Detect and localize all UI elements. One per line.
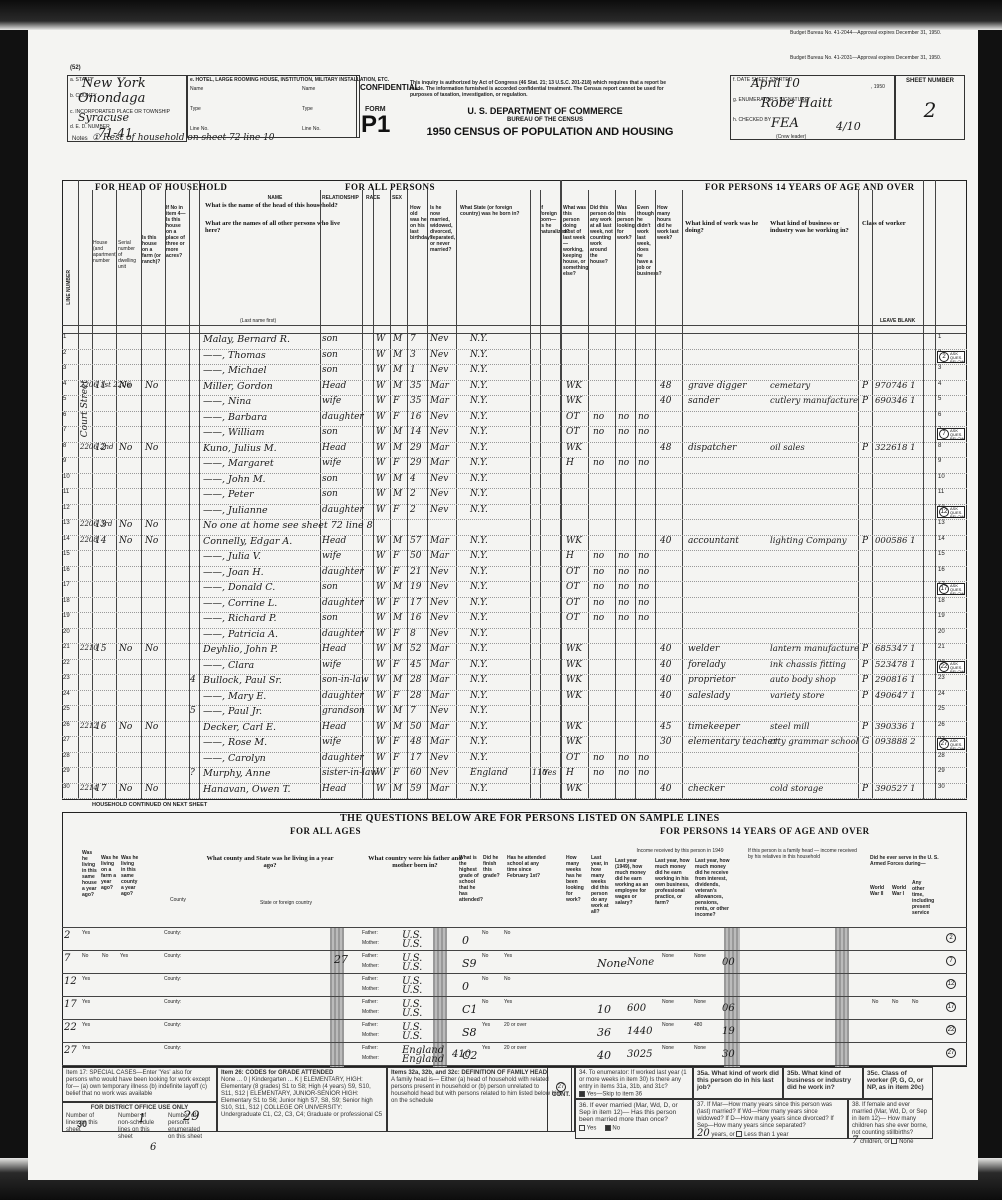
cell-age: 21 xyxy=(410,567,421,577)
cell-birth: N.Y. xyxy=(470,365,488,375)
cell-birth: N.Y. xyxy=(470,613,488,623)
cell-birth: N.Y. xyxy=(470,784,488,794)
cell-race: W xyxy=(376,768,385,778)
none-checkbox[interactable] xyxy=(891,1138,897,1144)
cell-farm: No xyxy=(119,381,132,391)
cell-race: W xyxy=(376,613,385,623)
cell-name: Hanavan, Owen T. xyxy=(203,784,291,795)
head-of-household-header: FOR HEAD OF HOUSEHOLD xyxy=(95,182,227,192)
cell-sex: M xyxy=(393,613,402,623)
cell-job: no xyxy=(638,753,649,763)
cell-line: 28 xyxy=(63,753,70,759)
enumerator-signature: Robe Haitt xyxy=(761,96,832,111)
cell-rel: daughter xyxy=(322,691,364,701)
sample-cell-school: 20 or over xyxy=(504,1045,527,1051)
line-number-right: 8 xyxy=(938,443,941,449)
cell-name: Bullock, Paul Sr. xyxy=(203,675,282,686)
cell-marital: Nev xyxy=(430,489,448,499)
cell-rel: daughter xyxy=(322,567,364,577)
cell-rel: Head xyxy=(322,381,346,391)
cell-code: 490647 1 xyxy=(875,691,916,701)
cell-marital: Nev xyxy=(430,567,448,577)
sample-cell-school: 20 or over xyxy=(504,1022,527,1028)
cell-sex: M xyxy=(393,443,402,453)
line-number-right: 3 xyxy=(938,365,941,371)
sample-cell-q23: Yes xyxy=(120,953,128,959)
sample-cell-other: None xyxy=(694,1045,706,1051)
cell-line: 20 xyxy=(63,629,70,635)
cell-work: no xyxy=(593,412,604,422)
cell-marital: Mar xyxy=(430,536,449,546)
cell-class: P xyxy=(862,644,868,654)
cell-age: 28 xyxy=(410,691,421,701)
table-row: 3——, MichaelsonWM1NevN.Y.3 xyxy=(62,365,967,381)
q36-no-checkbox[interactable] xyxy=(605,1125,611,1131)
sample-line-marker: 12 xyxy=(946,979,956,989)
cell-name: ——, Peter xyxy=(203,489,254,500)
cell-age: 50 xyxy=(410,722,421,732)
sample-cell-wage: 3025 xyxy=(627,1049,652,1060)
cell-line: 21 xyxy=(63,644,70,650)
cell-looking: no xyxy=(618,458,629,468)
sample-cell-finished: Yes xyxy=(482,1045,490,1051)
cell-sex: M xyxy=(393,489,402,499)
cell-line: 16 xyxy=(63,567,70,573)
table-row: 11——, PetersonWM2NevN.Y.11 xyxy=(62,489,967,505)
cell-job: no xyxy=(638,768,649,778)
census-title: 1950 CENSUS OF POPULATION AND HOUSING xyxy=(405,126,695,138)
sample-row: 2YesU.S.U.S.0NoNoFather:Mother:County:2 xyxy=(62,928,967,951)
cell-occ: saleslady xyxy=(688,691,730,701)
cell-looking: no xyxy=(618,427,629,437)
cell-occ: forelady xyxy=(688,660,725,670)
sample-row: 22YesU.S.U.S.S8Yes20 or over361440None48… xyxy=(62,1020,967,1043)
table-row: 6——, BarbaradaughterWF16NevN.Y.OTnonono6 xyxy=(62,412,967,428)
cell-ind: variety store xyxy=(770,691,825,701)
cell-age: 2 xyxy=(410,489,416,499)
table-row: 9——, MargaretwifeWF29MarN.Y.Hnonono9 xyxy=(62,458,967,474)
cell-name: ——, William xyxy=(203,427,264,438)
sample-cell-wage: 600 xyxy=(627,1003,646,1014)
cell-serial: 14 xyxy=(95,536,106,546)
cell-class: P xyxy=(862,691,868,701)
cell-activity: WK xyxy=(566,784,582,794)
continued-label: HOUSEHOLD CONTINUED ON NEXT SHEET xyxy=(92,802,207,808)
cell-age: 52 xyxy=(410,644,421,654)
special-cases-note: Item 17: SPECIAL CASES—Enter 'Yes' also … xyxy=(62,1067,217,1102)
sample-cell-finished: Yes xyxy=(482,1022,490,1028)
cell-line: 23 xyxy=(63,675,70,681)
cell-birth: N.Y. xyxy=(470,660,488,670)
location-box: a. STATE New York b. COUNTY Onondaga c. … xyxy=(67,75,187,142)
sample-cell-school: No xyxy=(504,976,510,982)
q34-box: 34. To enumerator: If worked last year (… xyxy=(575,1067,693,1099)
cell-activity: OT xyxy=(566,412,579,422)
cell-line: 29 xyxy=(63,768,70,774)
cell-marital: Mar xyxy=(430,691,449,701)
cell-sex: F xyxy=(393,691,399,701)
years-married: 20 xyxy=(697,1128,710,1139)
sample-cell-weeks_worked: 36 xyxy=(597,1026,611,1039)
cell-hours: 40 xyxy=(660,675,671,685)
cell-work: no xyxy=(593,427,604,437)
q36-yes-checkbox[interactable] xyxy=(579,1125,585,1131)
line-number-right: 1 xyxy=(938,334,941,340)
cell-age: 16 xyxy=(410,613,421,623)
cell-name: Kuno, Julius M. xyxy=(203,443,277,454)
cell-birth: N.Y. xyxy=(470,582,488,592)
cell-hours: 48 xyxy=(660,443,671,453)
cell-looking: no xyxy=(618,598,629,608)
cell-ind: ink chassis fitting xyxy=(770,660,846,670)
cell-name: ——, Patricia A. xyxy=(203,629,278,640)
sample-line-marker: 2 xyxy=(946,933,956,943)
sample-cell-grade: S9 xyxy=(462,957,477,970)
less-than-year-checkbox[interactable] xyxy=(736,1131,742,1137)
cell-marital: Nev xyxy=(430,412,448,422)
cell-marital: Nev xyxy=(430,334,448,344)
cell-name: ——, Julianne xyxy=(203,505,268,516)
cell-ag: ? xyxy=(190,768,195,778)
cell-birth: N.Y. xyxy=(470,722,488,732)
cell-class: P xyxy=(862,784,868,794)
cell-job: no xyxy=(638,458,649,468)
cell-activity: WK xyxy=(566,536,582,546)
cell-race: W xyxy=(376,443,385,453)
cell-marital: Nev xyxy=(430,427,448,437)
cell-rel: Head xyxy=(322,784,346,794)
q34-yes-checkbox[interactable] xyxy=(579,1091,585,1097)
cell-natural: Yes xyxy=(543,768,556,777)
line-number-right: 5 xyxy=(938,396,941,402)
cell-rel: daughter xyxy=(322,598,364,608)
cell-rel: grandson xyxy=(322,706,365,716)
cell-rel: wife xyxy=(322,396,341,406)
cell-name: ——, Joan H. xyxy=(203,567,264,578)
cell-line: 1 xyxy=(63,334,66,340)
cell-farm: No xyxy=(119,784,132,794)
sample-cell-finished: No xyxy=(482,953,488,959)
cell-birth: N.Y. xyxy=(470,737,488,747)
table-row: 29?Murphy, Annesister-in-lawWF60NevEngla… xyxy=(62,768,967,784)
sample-cell-other_svc: No xyxy=(912,999,918,1005)
table-row: 14220814NoNoConnelly, Edgar A.HeadWM57Ma… xyxy=(62,536,967,552)
cell-birth: England xyxy=(470,768,508,778)
cell-activity: WK xyxy=(566,722,582,732)
cell-age: 35 xyxy=(410,396,421,406)
cell-birth: N.Y. xyxy=(470,753,488,763)
cell-ag: 4 xyxy=(190,675,196,685)
cell-line: 15 xyxy=(63,551,70,557)
cell-sex: M xyxy=(393,675,402,685)
cell-race: W xyxy=(376,644,385,654)
cell-rel: Head xyxy=(322,722,346,732)
cell-rel: daughter xyxy=(322,753,364,763)
cell-looking: no xyxy=(618,412,629,422)
confidential-text: This inquiry is authorized by Act of Con… xyxy=(410,80,680,98)
cell-marital: Nev xyxy=(430,768,448,778)
sample-cell-finished: No xyxy=(482,999,488,1005)
cell-serial: 13 xyxy=(95,520,106,530)
cell-marital: Mar xyxy=(430,660,449,670)
cell-birth: N.Y. xyxy=(470,644,488,654)
table-row: 5——, NinawifeWF35MarN.Y.WK40sandercutler… xyxy=(62,396,967,412)
cell-race: W xyxy=(376,660,385,670)
cell-race: W xyxy=(376,427,385,437)
cell-job: no xyxy=(638,412,649,422)
cell-age: 28 xyxy=(410,675,421,685)
sample-cell-line: 7 xyxy=(64,953,70,964)
cell-line: 7 xyxy=(63,427,66,433)
cell-rel: son xyxy=(322,613,338,623)
cell-looking: no xyxy=(618,567,629,577)
cell-sex: F xyxy=(393,567,399,577)
cell-rel: wife xyxy=(322,458,341,468)
state-value: New York xyxy=(82,76,146,91)
cell-birth: N.Y. xyxy=(470,489,488,499)
cell-birth: N.Y. xyxy=(470,551,488,561)
table-row: 7——, WilliamsonWM14NevN.Y.OTnonono7 xyxy=(62,427,967,443)
sample-line-marker: 27 xyxy=(946,1048,956,1058)
cell-name: ——, Carolyn xyxy=(203,753,266,764)
cell-activity: WK xyxy=(566,737,582,747)
cell-class: P xyxy=(862,722,868,732)
cell-name: ——, Thomas xyxy=(203,350,266,361)
cell-occ: sander xyxy=(688,396,719,406)
line-number-right: 16 xyxy=(938,567,945,573)
sample-cell-wage: 1440 xyxy=(627,1026,652,1037)
sample-cell-ww2: No xyxy=(872,999,878,1005)
county-value: Onondaga xyxy=(78,91,145,106)
cell-rel: daughter xyxy=(322,505,364,515)
line-number-right: 19 xyxy=(938,613,945,619)
sample-cell-weeks_worked: 40 xyxy=(597,1049,611,1062)
cell-occ: proprietor xyxy=(688,675,735,685)
sample-cell-line: 17 xyxy=(64,999,77,1010)
cell-birth: N.Y. xyxy=(470,443,488,453)
cell-age: 1 xyxy=(410,365,416,375)
cell-sex: M xyxy=(393,474,402,484)
all-ages-header: FOR ALL AGES xyxy=(290,826,361,836)
cell-activity: WK xyxy=(566,396,582,406)
cell-race: W xyxy=(376,489,385,499)
sample-cell-school: Yes xyxy=(504,953,512,959)
table-row: 234Bullock, Paul Sr.son-in-lawWM28MarN.Y… xyxy=(62,675,967,691)
sample-row: 27YesEnglandEngland410C2Yes20 or over403… xyxy=(62,1043,967,1066)
cell-age: 29 xyxy=(410,443,421,453)
cell-code: 390336 1 xyxy=(875,722,916,732)
cell-work: no xyxy=(593,768,604,778)
children-born: 7 xyxy=(852,1135,858,1146)
cell-class: P xyxy=(862,675,868,685)
cell-acres: No xyxy=(145,520,158,530)
cell-marital: Mar xyxy=(430,675,449,685)
cell-ind: auto body shop xyxy=(770,675,836,685)
place-value: Syracuse xyxy=(78,111,129,124)
cell-line: 6 xyxy=(63,412,66,418)
cell-name: No one at home see sheet 72 line 8 xyxy=(203,520,373,531)
cell-name: ——, Donald C. xyxy=(203,582,275,593)
cell-age: 8 xyxy=(410,629,416,639)
sample-cell-q21: Yes xyxy=(82,930,90,936)
cell-sex: F xyxy=(393,629,399,639)
sample-cell-business: None xyxy=(662,1045,674,1051)
sample-cell-business: None xyxy=(662,1022,674,1028)
sample-cell-line: 22 xyxy=(64,1022,77,1033)
cell-sex: M xyxy=(393,784,402,794)
cell-age: 4 xyxy=(410,474,416,484)
cell-line: 27 xyxy=(63,737,70,743)
line-number-right: 13 xyxy=(938,520,945,526)
cell-serial: 15 xyxy=(95,644,106,654)
cell-code: 690346 1 xyxy=(875,396,916,406)
non-schedule-lines: 1 xyxy=(138,1115,146,1122)
cell-rel: son xyxy=(322,489,338,499)
cell-race: W xyxy=(376,350,385,360)
cell-ind: steel mill xyxy=(770,722,809,732)
budget-note: Budget Bureau No. 41-2031—Approval expir… xyxy=(790,55,970,61)
cell-birth: N.Y. xyxy=(470,536,488,546)
line-number-right: 10 xyxy=(938,474,945,480)
cell-rel: son xyxy=(322,350,338,360)
cell-line: 8 xyxy=(63,443,66,449)
sample-cell-other: None xyxy=(694,953,706,959)
cell-hours: 40 xyxy=(660,784,671,794)
cell-class: P xyxy=(862,443,868,453)
cell-activity: WK xyxy=(566,660,582,670)
cell-activity: WK xyxy=(566,443,582,453)
sample-cell-grade: C1 xyxy=(462,1003,477,1016)
cell-birth: N.Y. xyxy=(470,334,488,344)
cell-race: W xyxy=(376,784,385,794)
table-row: 42206 1st 220611NoNoMiller, GordonHeadWM… xyxy=(62,381,967,397)
cell-marital: Nev xyxy=(430,582,448,592)
cell-activity: OT xyxy=(566,567,579,577)
cell-marital: Nev xyxy=(430,505,448,515)
cell-marital: Mar xyxy=(430,396,449,406)
cell-age: 14 xyxy=(410,427,421,437)
cell-race: W xyxy=(376,675,385,685)
cell-race: W xyxy=(376,567,385,577)
sample-row: 12YesU.S.U.S.0NoNoFather:Mother:County:1… xyxy=(62,974,967,997)
cell-activity: H xyxy=(566,458,574,468)
cell-marital: Nev xyxy=(430,350,448,360)
cell-hours: 48 xyxy=(660,381,671,391)
cell-race: W xyxy=(376,753,385,763)
table-row: 19——, Richard P.sonWM16NevN.Y.OTnonono19 xyxy=(62,613,967,629)
cell-line: 11 xyxy=(63,489,69,495)
sample-section-title: THE QUESTIONS BELOW ARE FOR PERSONS LIST… xyxy=(340,813,720,824)
cell-race: W xyxy=(376,629,385,639)
line-number-right: 23 xyxy=(938,675,945,681)
cell-marital: Nev xyxy=(430,365,448,375)
cell-rel: wife xyxy=(322,551,341,561)
cell-acres: No xyxy=(145,722,158,732)
cell-birth: N.Y. xyxy=(470,691,488,701)
sample-cell-q21: No xyxy=(82,953,88,959)
line-number-right: 9 xyxy=(938,458,941,464)
cell-name: Miller, Gordon xyxy=(203,381,273,392)
cell-marital: Mar xyxy=(430,644,449,654)
cell-ind: cold storage xyxy=(770,784,823,794)
cell-race: W xyxy=(376,381,385,391)
cell-race: W xyxy=(376,396,385,406)
cell-rel: Head xyxy=(322,644,346,654)
cell-occ: dispatcher xyxy=(688,443,736,453)
cell-code: 523478 1 xyxy=(875,660,916,670)
cell-sex: M xyxy=(393,644,402,654)
cell-marital: Mar xyxy=(430,737,449,747)
cell-age: 29 xyxy=(410,458,421,468)
cell-looking: no xyxy=(618,768,629,778)
cell-rel: wife xyxy=(322,660,341,670)
cell-activity: WK xyxy=(566,381,582,391)
cell-age: 35 xyxy=(410,381,421,391)
cell-age: 60 xyxy=(410,768,421,778)
cell-age: 16 xyxy=(410,412,421,422)
cell-age: 3 xyxy=(410,350,416,360)
cell-class: P xyxy=(862,660,868,670)
line-number-right: 14 xyxy=(938,536,945,542)
sample-cell-d: 27 xyxy=(334,953,348,966)
line-number-right: 4 xyxy=(938,381,941,387)
cell-farm: No xyxy=(119,722,132,732)
cell-sex: F xyxy=(393,551,399,561)
sample-cell-business: None xyxy=(662,953,674,959)
sample-cell-finished: No xyxy=(482,930,488,936)
cell-rel: son xyxy=(322,474,338,484)
cell-activity: OT xyxy=(566,582,579,592)
cell-rel: Head xyxy=(322,443,346,453)
cell-occ: elementary teacher xyxy=(688,737,777,747)
cell-code: 970746 1 xyxy=(875,381,916,391)
cell-work: no xyxy=(593,582,604,592)
q37-box: 37. If Mar—How many years since this per… xyxy=(693,1099,848,1139)
cell-age: 59 xyxy=(410,784,421,794)
sample-cell-line: 27 xyxy=(64,1045,77,1056)
cell-work: no xyxy=(593,613,604,623)
cell-age: 7 xyxy=(410,706,416,716)
cell-farm: No xyxy=(119,443,132,453)
cell-sex: M xyxy=(393,381,402,391)
cell-sex: F xyxy=(393,412,399,422)
cell-name: ——, Paul Jr. xyxy=(203,706,262,717)
cell-activity: WK xyxy=(566,691,582,701)
cell-code: 290816 1 xyxy=(875,675,916,685)
cell-work: no xyxy=(593,753,604,763)
cell-sex: M xyxy=(393,427,402,437)
cell-looking: no xyxy=(618,753,629,763)
sample-cell-f: 06 xyxy=(722,1003,735,1014)
cell-hours: 30 xyxy=(660,737,671,747)
form-code: (52) xyxy=(70,65,81,71)
cell-code: 322618 1 xyxy=(875,443,916,453)
sample-cell-other: None xyxy=(694,999,706,1005)
cell-age: 50 xyxy=(410,551,421,561)
family-head-definition: Items 32a, 32b, and 32c: DEFINITION OF F… xyxy=(387,1067,572,1132)
sample-cell-grade: S8 xyxy=(462,1026,477,1039)
cell-age: 57 xyxy=(410,536,421,546)
ask-questions-below-marker: 7ASK QUES. BELOW xyxy=(937,428,965,440)
sample-row: 7NoNoYes27U.S.U.S.S9NoYesNoneNoneNoneNon… xyxy=(62,951,967,974)
cell-name: Murphy, Anne xyxy=(203,768,270,779)
table-row: 17——, Donald C.sonWM19NevN.Y.OTnonono17 xyxy=(62,582,967,598)
line-number-right: 6 xyxy=(938,412,941,418)
cell-rel: daughter xyxy=(322,629,364,639)
cell-looking: no xyxy=(618,613,629,623)
cell-occ: timekeeper xyxy=(688,722,740,732)
department-label: U. S. DEPARTMENT OF COMMERCE xyxy=(410,106,680,116)
